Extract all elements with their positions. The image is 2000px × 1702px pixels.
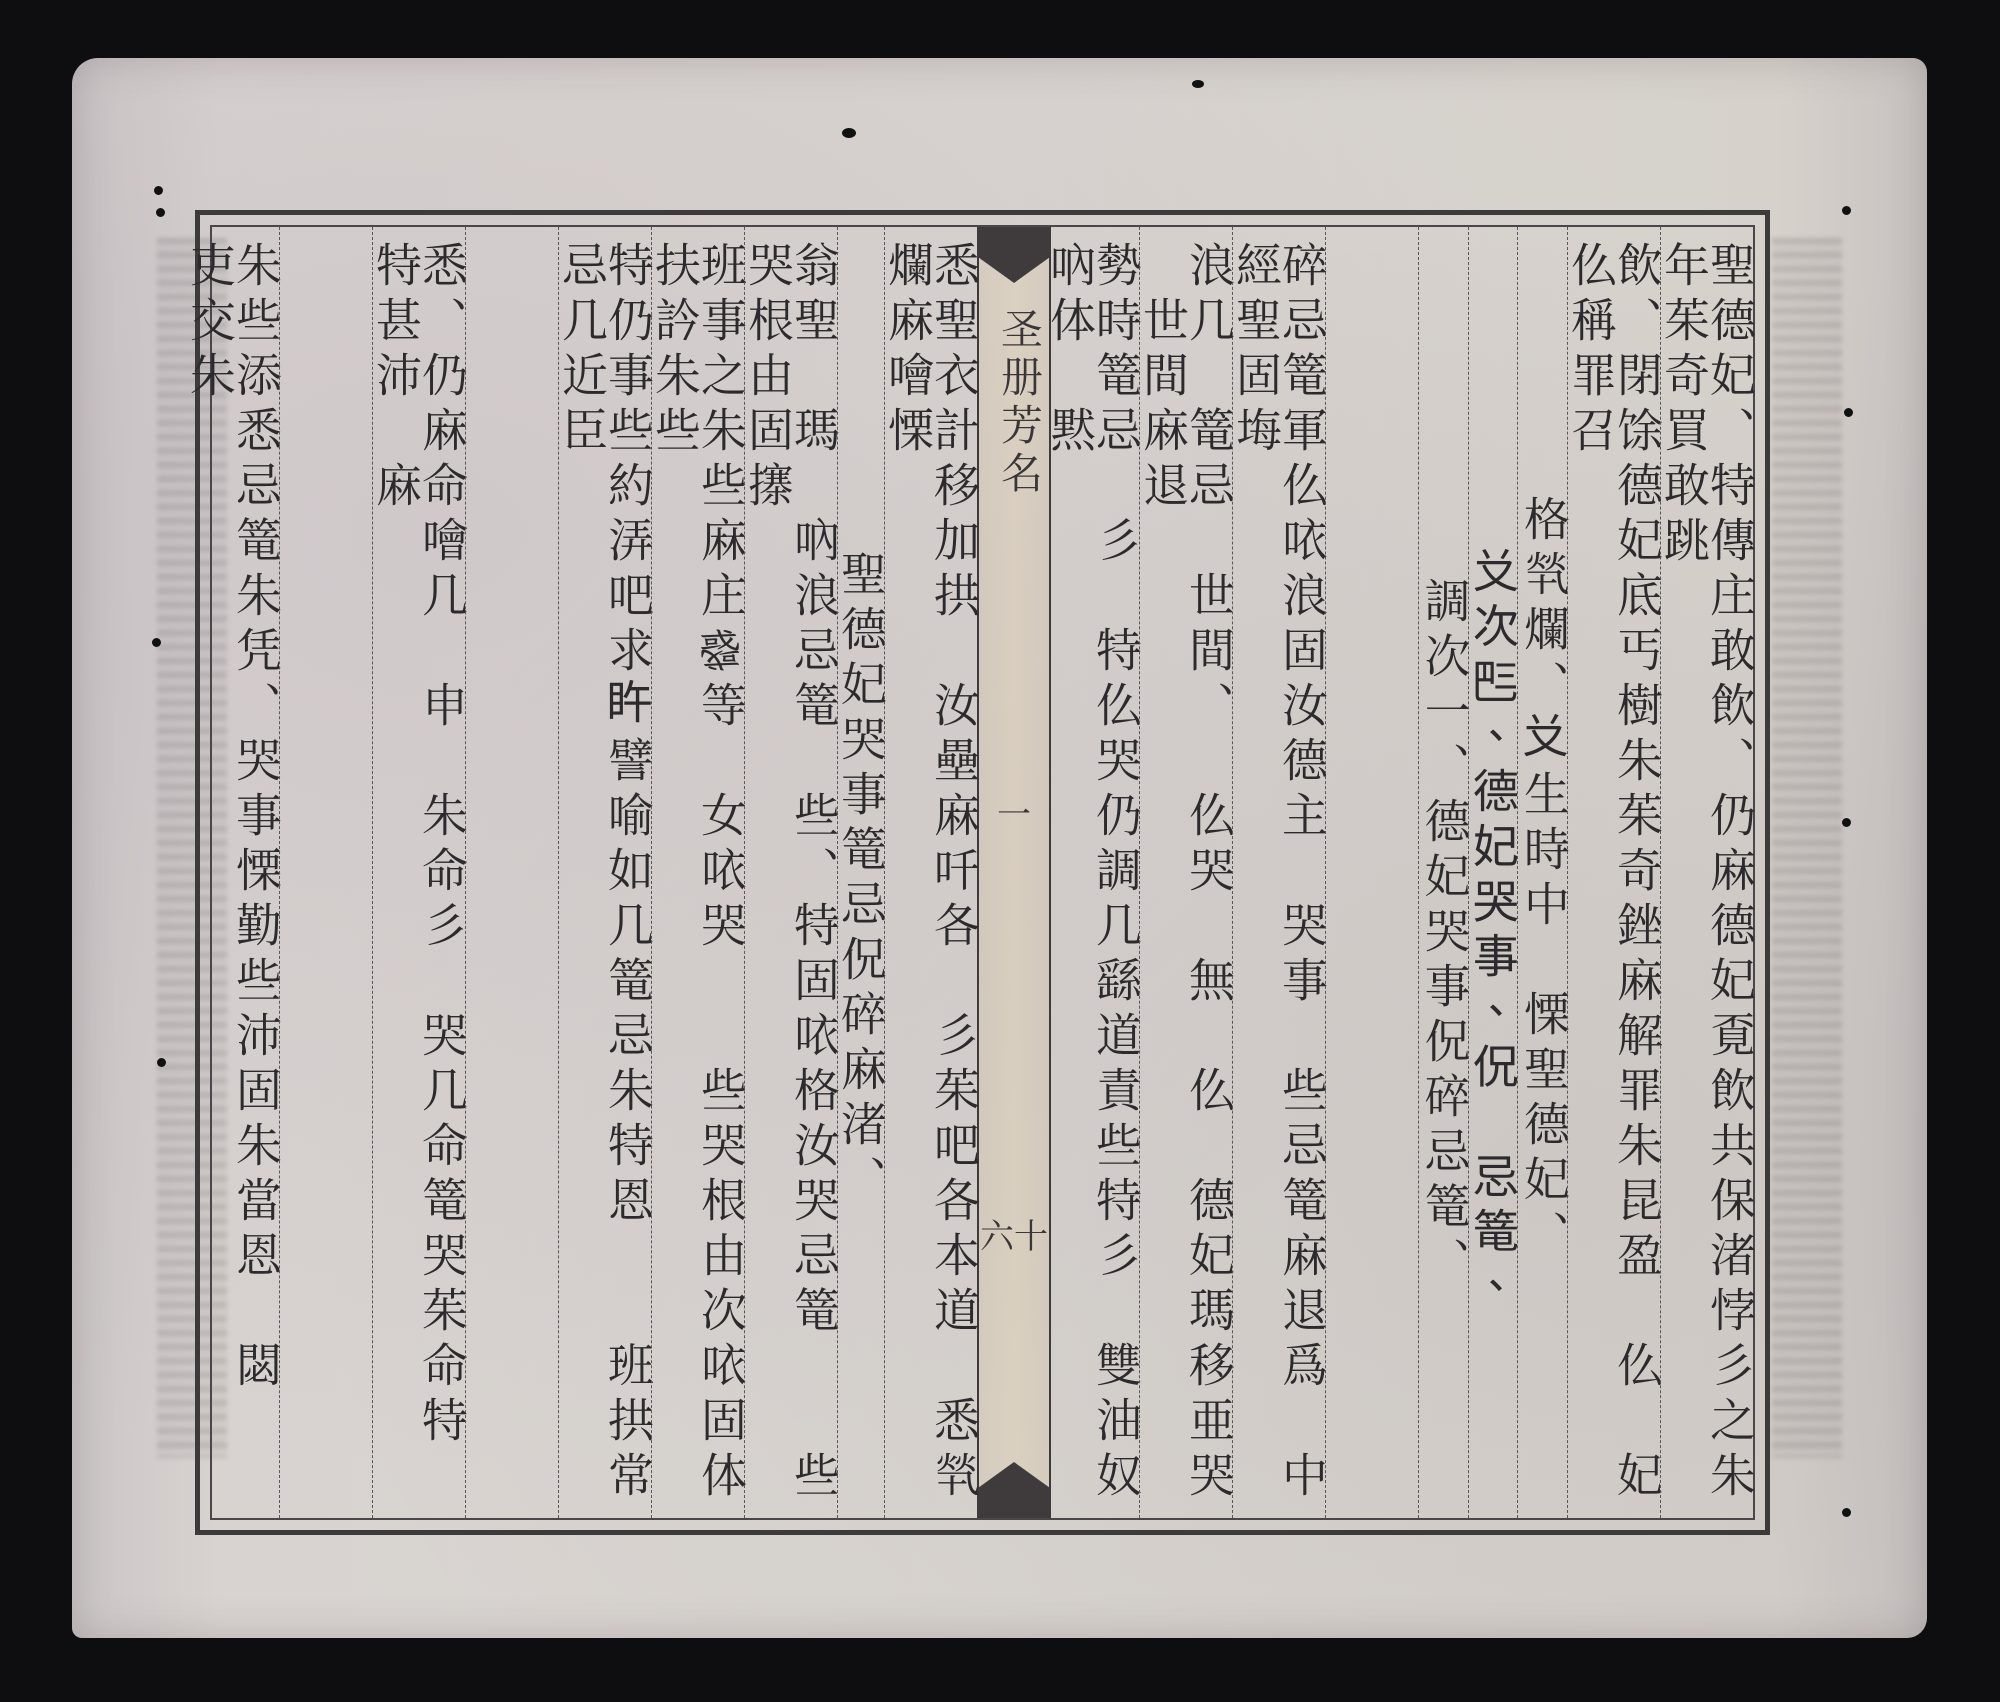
text-column: 悉聖衣計移加拱𧯄汝壘麻吀各𢭸彡茱吧各本道𥙩悉㷀爛麻噲慄 (884, 227, 977, 1518)
column-text: 碎忌篭軍仫𠲖浪固汝德主𡗶哭事𠳨些忌篭麻退爲𦉱中經聖固㙁 (1233, 241, 1325, 1518)
chapter-mark: 一 (979, 787, 1049, 836)
binding-hole (156, 208, 165, 217)
text-column: 飲、閉馀德妃底丐樹朱茱奇銼麻解罪朱昆盈𠳨仫𡗶妃仫稱罪召𠄩 (1567, 227, 1660, 1518)
column-text: 朱些添悉忌篭朱凭、哭事慄勤些沛固朱當恩𠳨閟𤤰𠳨吏交朱𡞕𠳨 (187, 241, 279, 1518)
column-text: 調次一、德妃哭事㑆碎忌篭、 (1419, 467, 1468, 1292)
column-text: 班事之朱些麻庄𢨋等𢂎女𠲖哭𨁪𠳨些哭根由次𠲖固体扶訡朱些 (652, 241, 744, 1518)
binding-hole (1842, 206, 1851, 215)
text-column: 碎忌篭軍仫𠲖浪固汝德主𡗶哭事𠳨些忌篭麻退爲𦉱中經聖固㙁 (1232, 227, 1325, 1518)
text-column: 浪几𢂎篭忌𠳨世間、𠳨仫哭𠳨無𩈘仫𡗶德妃瑪移亜哭𠳨世間麻退 (1139, 227, 1232, 1518)
column-text: 翁聖𠻃瑪𦀊吶浪忌篭𠳨些、特固𠲖格汝哭忌篭𨁪𠳨些哭根由固㩟 (745, 241, 837, 1518)
page-number: 六十 (979, 1209, 1049, 1258)
text-column: 𠬠次𠀧、德妃哭事、㑆𠳨忌篭、 (1468, 227, 1518, 1518)
column-text: 𢆥違𡗶𨁪悉仁慈無窮、閟宁仍恩声灵朱些年朝分塊朱年𠳨班𡞕𠳨 (280, 241, 372, 1518)
text-column: 調次一、德妃哭事㑆碎忌篭、 (1418, 227, 1468, 1518)
column-text: 悉、仍麻命噲几𢆥申𣦍朱命彡𡗶哭几命篭哭茱命特𢨋特甚沛𢈱麻 (373, 241, 465, 1518)
right-half-page: 聖德妃、特傳庄敢飲、仍麻德妃覔飲共保渚悖彡之朱年茱奇買敢跳 飲、閉馀德妃底丐樹朱… (1047, 227, 1753, 1518)
binding-hole (1842, 818, 1851, 827)
text-column: 特仍事些約㳥吧求𥄭譬喻如几篭忌朱特恩𢂎𢆥班拱常忌几近臣 (558, 227, 651, 1518)
column-text: 𡗶仍軍繇道庄召特事几固道歆𠻃離歆噲慄聖𥛉貞瑪移亜哭事㑆 (1326, 241, 1418, 1518)
text-column: 班事之朱些麻庄𢨋等𢂎女𠲖哭𨁪𠳨些哭根由次𠲖固体扶訡朱些 (651, 227, 744, 1518)
text-column: 勢時篭忌𠳨彡𡢐特仫哭仍調几繇道責些特彡𡗶雙油奴吶体𢂎黙 (1047, 227, 1139, 1518)
text-column: 𢆥違𡗶𨁪悉仁慈無窮、閟宁仍恩声灵朱些年朝分塊朱年𠳨班𡞕𠳨 (279, 227, 372, 1518)
fish-tail-mark-bottom-icon (979, 1462, 1049, 1518)
book-title: 圣册芳名 (979, 307, 1049, 499)
printed-border-frame: 聖德妃、特傳庄敢飲、仍麻德妃覔飲共保渚悖彡之朱年茱奇買敢跳 飲、閉馀德妃底丐樹朱… (195, 210, 1770, 1535)
wormhole (1192, 80, 1204, 88)
binding-hole (1842, 1508, 1851, 1517)
binding-hole (1844, 408, 1853, 417)
text-column: 悉、仍麻命噲几𢆥申𣦍朱命彡𡗶哭几命篭哭茱命特𢨋特甚沛𢈱麻 (372, 227, 465, 1518)
fish-tail-mark-top-icon (979, 227, 1049, 283)
column-text: 格㷀爛、𠬠生時中𤞻慄聖德妃、 (1518, 495, 1567, 1265)
left-half-page: 悉聖衣計移加拱𧯄汝壘麻吀各𢭸彡茱吧各本道𥙩悉㷀爛麻噲慄 聖德妃哭事篭忌㑆碎麻渚、… (212, 227, 977, 1518)
column-text: 聖德妃哭事篭忌㑆碎麻渚、 (838, 550, 884, 1210)
bleed-through-right (1772, 238, 1842, 1458)
inner-text-area: 聖德妃、特傳庄敢飲、仍麻德妃覔飲共保渚悖彡之朱年茱奇買敢跳 飲、閉馀德妃底丐樹朱… (210, 225, 1755, 1520)
column-text: 勢時篭忌𠳨彡𡢐特仫哭仍調几繇道責些特彡𡗶雙油奴吶体𢂎黙 (1047, 241, 1139, 1518)
text-column: 𡗶仍軍繇道庄召特事几固道歆𠻃離歆噲慄聖𥛉貞瑪移亜哭事㑆 (1325, 227, 1418, 1518)
binding-hole (157, 1058, 166, 1067)
text-column: 𣦍稟朱命、麻𡢐敢命𢆥特如意所求、雖浪𢆥別實恩仫𨁪德𢆥麻哭黙 (465, 227, 558, 1518)
column-text: 飲、閉馀德妃底丐樹朱茱奇銼麻解罪朱昆盈𠳨仫𡗶妃仫稱罪召𠄩 (1568, 241, 1660, 1518)
binding-hole (152, 638, 161, 647)
column-text: 浪几𢂎篭忌𠳨世間、𠳨仫哭𠳨無𩈘仫𡗶德妃瑪移亜哭𠳨世間麻退 (1140, 241, 1232, 1518)
column-text: 𣦍稟朱命、麻𡢐敢命𢆥特如意所求、雖浪𢆥別實恩仫𨁪德𢆥麻哭黙 (466, 241, 558, 1518)
text-column: 翁聖𠻃瑪𦀊吶浪忌篭𠳨些、特固𠲖格汝哭忌篭𨁪𠳨些哭根由固㩟 (744, 227, 837, 1518)
text-column: 朱些添悉忌篭朱凭、哭事慄勤些沛固朱當恩𠳨閟𤤰𠳨吏交朱𡞕𠳨 (187, 227, 279, 1518)
binding-hole (154, 186, 163, 195)
wormhole (842, 128, 856, 138)
column-text: 特仍事些約㳥吧求𥄭譬喻如几篭忌朱特恩𢂎𢆥班拱常忌几近臣 (559, 241, 651, 1518)
text-column: 聖德妃哭事篭忌㑆碎麻渚、 (837, 227, 884, 1518)
center-fold-column: 圣册芳名 一 六十 (977, 227, 1051, 1518)
column-text: 聖德妃、特傳庄敢飲、仍麻德妃覔飲共保渚悖彡之朱年茱奇買敢跳 (1661, 241, 1753, 1518)
column-text: 𠬠次𠀧、德妃哭事、㑆𠳨忌篭、 (1469, 440, 1518, 1320)
text-column: 聖德妃、特傳庄敢飲、仍麻德妃覔飲共保渚悖彡之朱年茱奇買敢跳 (1660, 227, 1753, 1518)
text-column: 格㷀爛、𠬠生時中𤞻慄聖德妃、 (1517, 227, 1567, 1518)
column-text: 悉聖衣計移加拱𧯄汝壘麻吀各𢭸彡茱吧各本道𥙩悉㷀爛麻噲慄 (885, 241, 977, 1518)
